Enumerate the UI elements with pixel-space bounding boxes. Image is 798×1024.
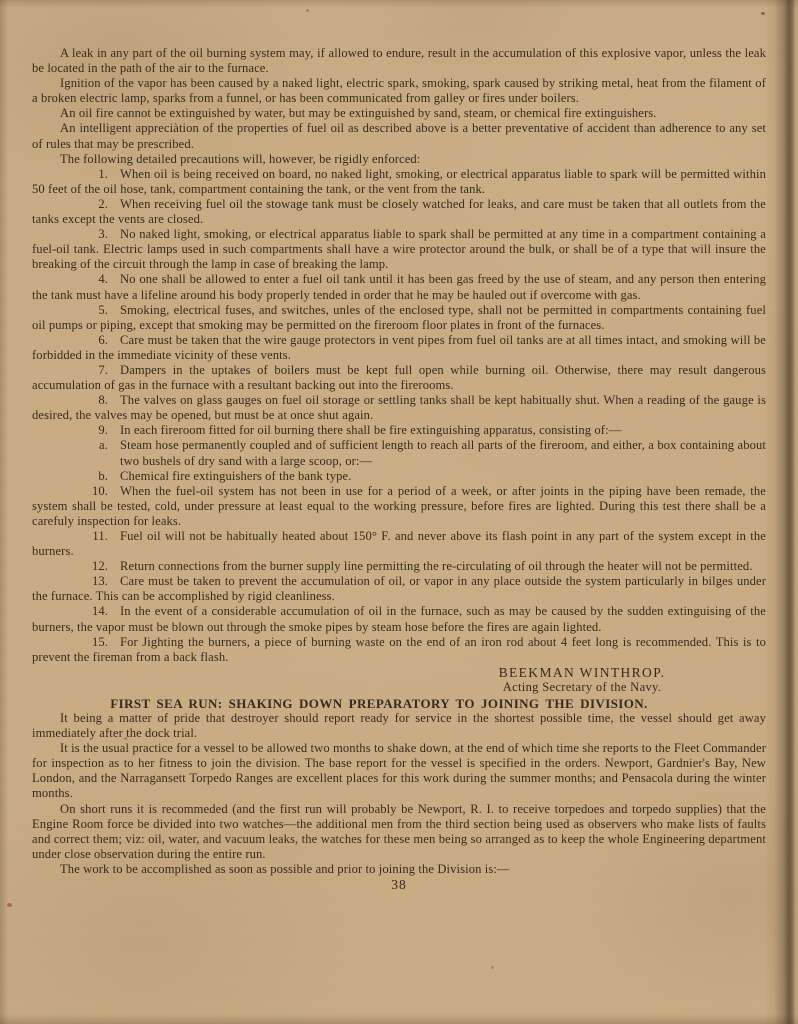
precaution-item-9: 9.In each fireroom fitted for oil burnin… [32,423,766,438]
item-number: 1. [82,167,108,182]
binding-shadow [764,0,798,1024]
item-text: In each fireroom fitted for oil burning … [120,423,621,437]
item-text: Care must be taken to prevent the accumu… [32,574,766,603]
item-text: Care must be taken that the wire gauge p… [32,333,766,362]
item-number: 7. [82,363,108,378]
precaution-item-14: 14.In the event of a considerable accumu… [32,604,766,634]
precaution-subitem-a: a.Steam hose permanently coupled and of … [32,438,766,468]
item-text: Steam hose permanently coupled and of su… [120,438,766,467]
item-text: Chemical fire extinguishers of the bank … [120,469,351,483]
item-number: 2. [82,197,108,212]
item-number: 12. [82,559,108,574]
sea-paragraph-3: On short runs it is recommeded (and the … [32,802,766,862]
intro-paragraph-3: An oil fire cannot be extinguished by wa… [32,106,766,121]
precaution-item-13: 13.Care must be taken to prevent the acc… [32,574,766,604]
intro-paragraph-1: A leak in any part of the oil burning sy… [32,46,766,76]
document-page: A leak in any part of the oil burning sy… [0,0,798,1024]
item-text: Dampers in the uptakes of boilers must b… [32,363,766,392]
signature-name: BEEKMAN WINTHROP. [432,665,732,681]
item-number: 6. [82,333,108,348]
paper-speck [306,9,309,12]
precaution-item-1: 1.When oil is being received on board, n… [32,167,766,197]
intro-paragraph-2: Ignition of the vapor has been caused by… [32,76,766,106]
item-text: No naked light, smoking, or electrical a… [32,227,766,271]
paper-speck [761,12,765,15]
precaution-item-3: 3.No naked light, smoking, or electrical… [32,227,766,272]
signature-block: BEEKMAN WINTHROP. Acting Secretary of th… [432,665,732,696]
item-number: 14. [82,604,108,619]
sea-paragraph-1: It being a matter of pride that destroye… [32,711,766,741]
precaution-item-6: 6.Care must be taken that the wire gauge… [32,333,766,363]
paper-edge-bottom [0,1014,798,1024]
page-number: 38 [32,877,766,892]
item-number: 5. [82,303,108,318]
sea-paragraph-4: The work to be accomplished as soon as p… [32,862,766,877]
section-heading: FIRST SEA RUN: SHAKING DOWN PREPARATORY … [32,696,766,711]
paper-edge-top [0,0,798,8]
item-number: 8. [82,393,108,408]
precaution-item-8: 8.The valves on glass gauges on fuel oil… [32,393,766,423]
precaution-item-2: 2.When receiving fuel oil the stowage ta… [32,197,766,227]
precaution-item-11: 11.Fuel oil will not be habitually heate… [32,529,766,559]
paper-edge-left [0,0,8,1024]
item-text: In the event of a considerable accumulat… [32,604,766,633]
intro-paragraph-4: An intelligent appreciàtion of the prope… [32,121,766,151]
precaution-item-5: 5.Smoking, electrical fuses, and switche… [32,303,766,333]
paper-speck [7,903,12,907]
item-text: Smoking, electrical fuses, and switches,… [32,303,766,332]
page-text: A leak in any part of the oil burning sy… [32,46,766,892]
item-number: 13. [82,574,108,589]
item-number: 15. [82,635,108,650]
intro-paragraph-5: The following detailed precautions will,… [32,152,766,167]
item-text: Fuel oil will not be habitually heated a… [32,529,766,558]
item-letter: a. [82,438,108,453]
item-text: When receiving fuel oil the stowage tank… [32,197,766,226]
precaution-subitem-b: b.Chemical fire extinguishers of the ban… [32,469,766,484]
sea-paragraph-2: It is the usual practice for a vessel to… [32,741,766,801]
precaution-item-12: 12.Return connections from the burner su… [32,559,766,574]
item-number: 11. [82,529,108,544]
item-number: 9. [82,423,108,438]
precaution-item-15: 15.For Jighting the burners, a piece of … [32,635,766,665]
item-text: When the fuel-oil system has not been in… [32,484,766,528]
item-number: 3. [82,227,108,242]
item-number: 4. [82,272,108,287]
item-letter: b. [82,469,108,484]
item-text: For Jighting the burners, a piece of bur… [32,635,766,664]
signature-title: Acting Secretary of the Navy. [432,680,732,696]
precaution-item-10: 10.When the fuel-oil system has not been… [32,484,766,529]
item-text: The valves on glass gauges on fuel oil s… [32,393,766,422]
precaution-item-4: 4.No one shall be allowed to enter a fue… [32,272,766,302]
precaution-item-7: 7.Dampers in the uptakes of boilers must… [32,363,766,393]
item-text: When oil is being received on board, no … [32,167,766,196]
item-text: Return connections from the burner suppl… [120,559,753,573]
item-text: No one shall be allowed to enter a fuel … [32,272,766,301]
paper-speck [491,966,494,969]
item-number: 10. [82,484,108,499]
